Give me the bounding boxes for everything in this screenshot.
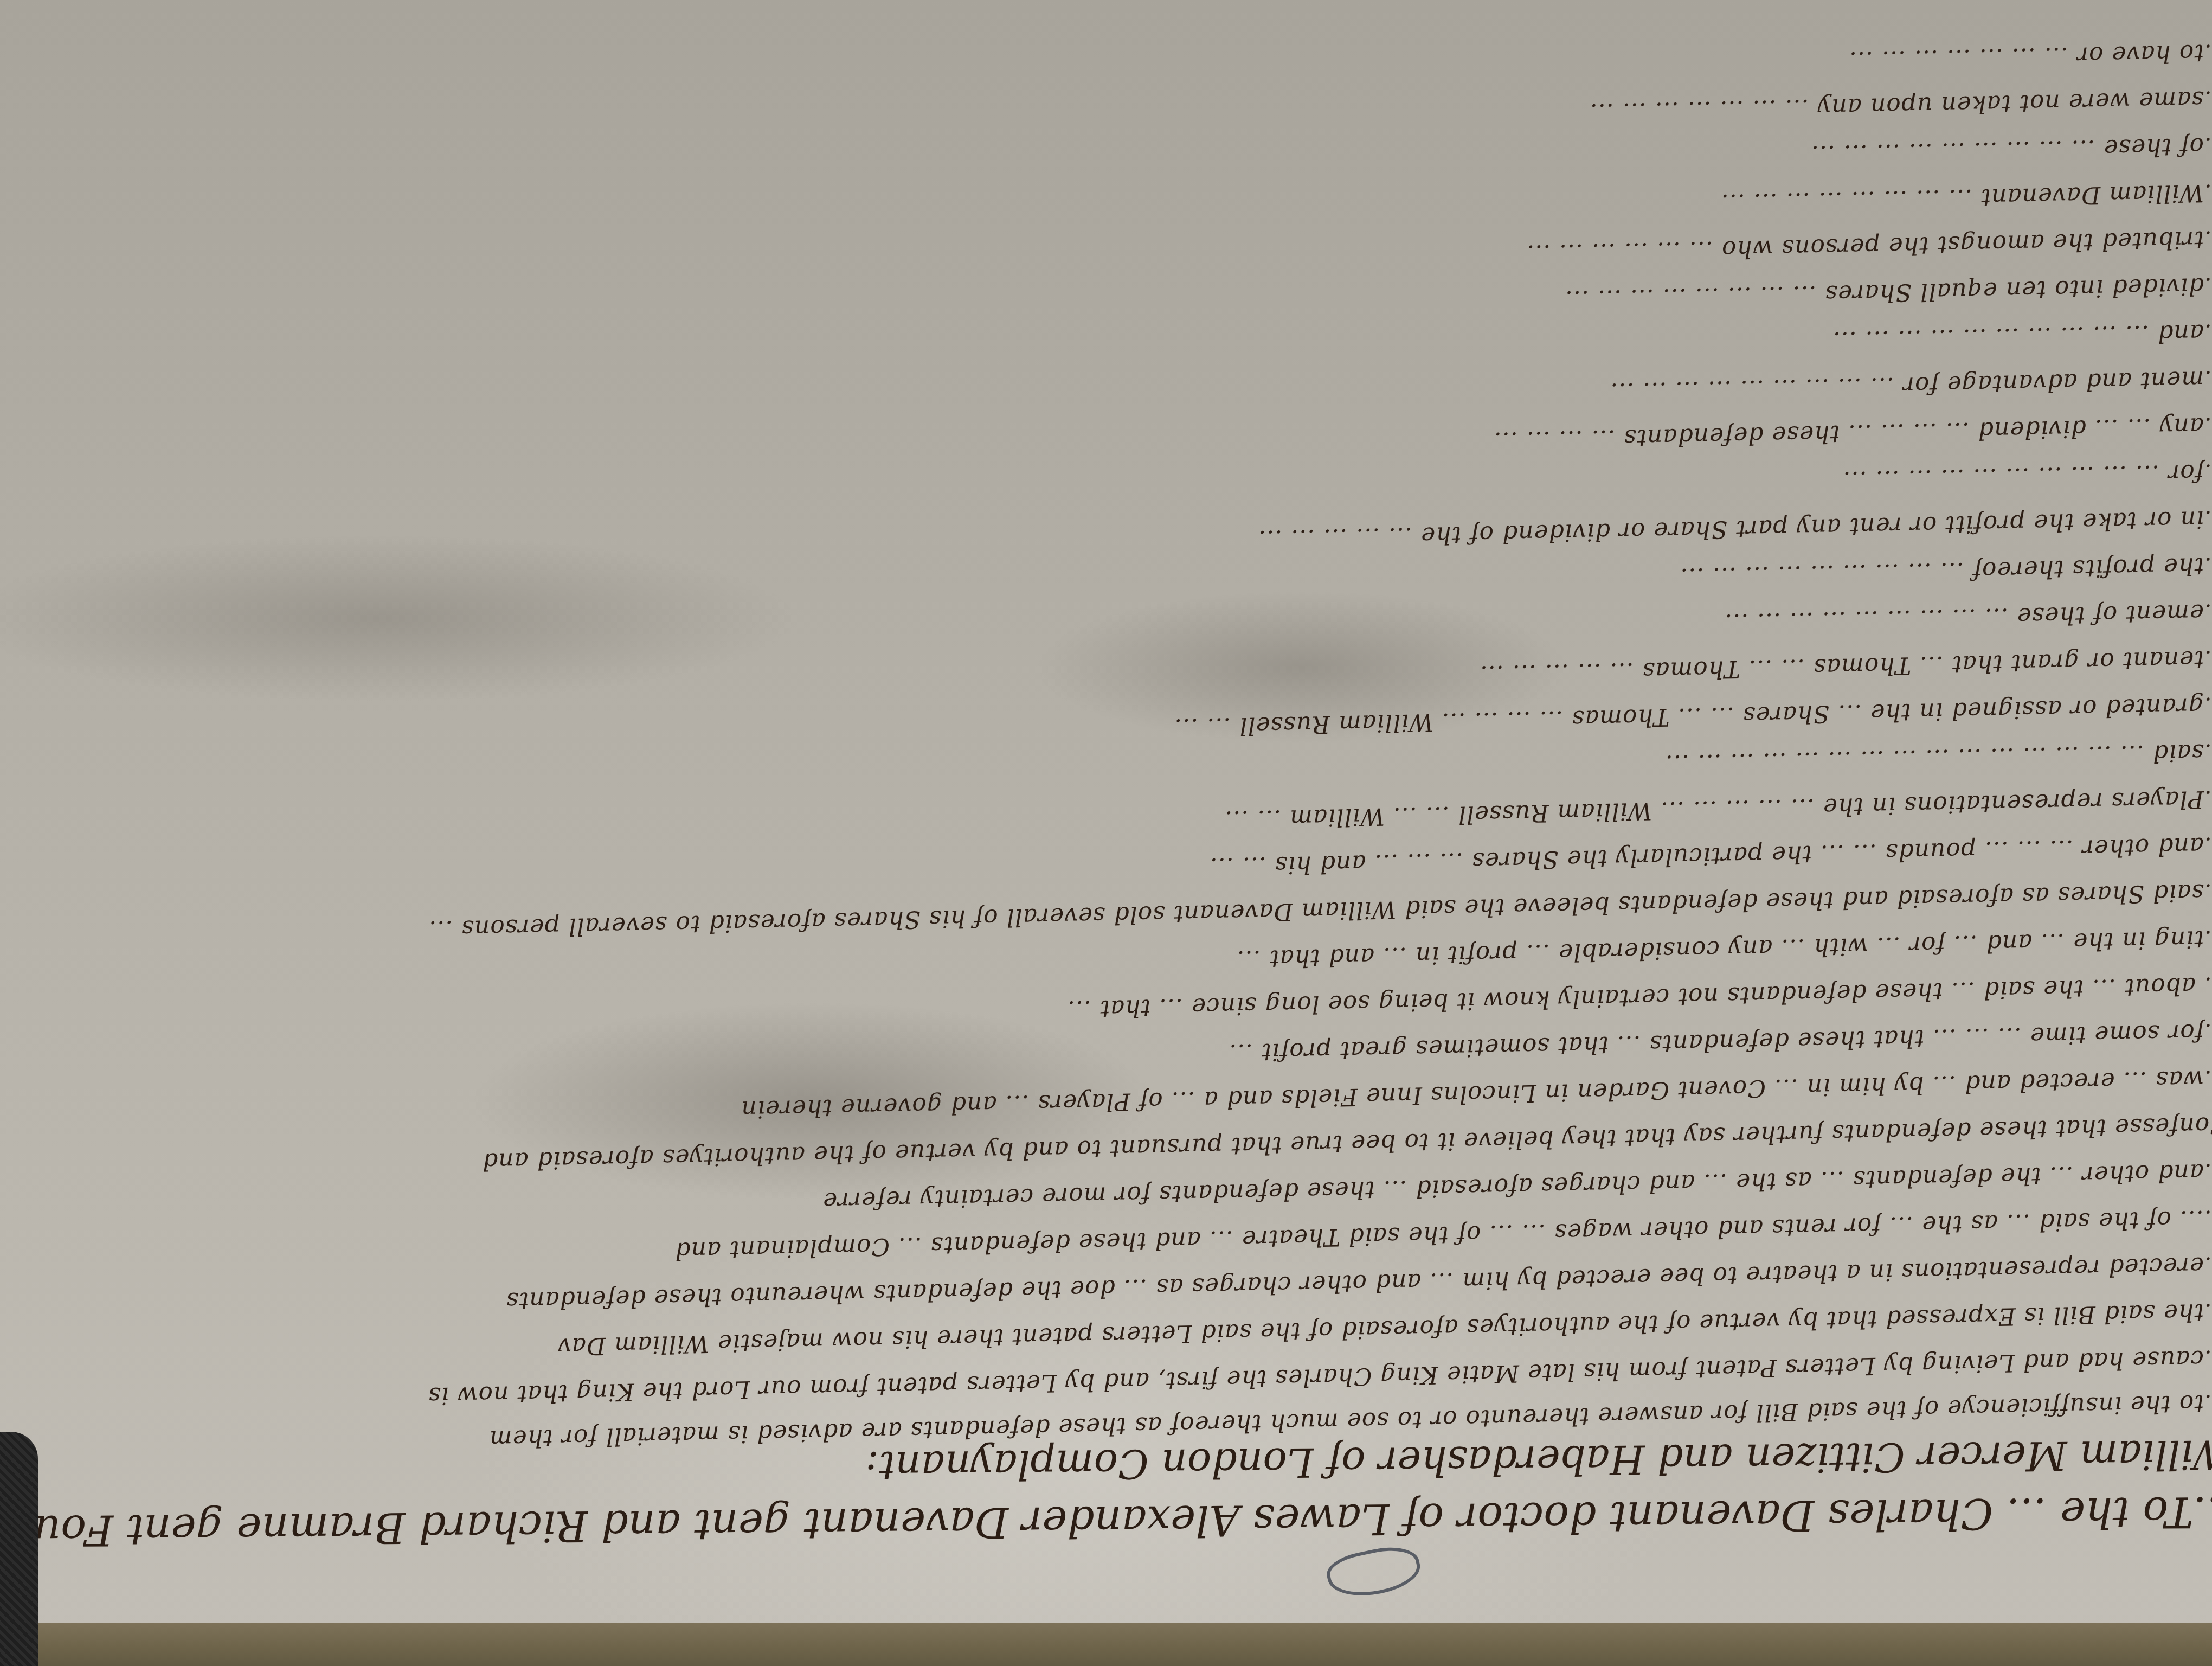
body-line: ...to have or ... ... ... ... ... ... ..… xyxy=(1849,39,2212,74)
dark-cloth-support xyxy=(0,1432,38,1666)
body-line: ...ment and advantage for ... ... ... ..… xyxy=(1610,365,2212,406)
body-line: ...for ... ... ... ... ... ... ... ... .… xyxy=(1842,458,2212,494)
body-line: ... about ... the said ... these defenda… xyxy=(1067,971,2212,1023)
document-rotated-180: ...To the ... Charles Davenant doctor of… xyxy=(0,0,2212,1627)
body-line: ...... of the said ... as the ... for re… xyxy=(674,1204,2212,1265)
body-line: ...in or take the profitt or rent any pa… xyxy=(1258,505,2212,553)
body-line: ...and other ... ... ... pounds ... ... … xyxy=(1210,831,2212,880)
table-surface-edge xyxy=(0,1623,2212,1666)
body-line: ...divided into ten equall Shares ... ..… xyxy=(1565,272,2212,313)
body-line: ...and other ... the defendants ... as t… xyxy=(822,1158,2212,1215)
body-line: ...granted or assigned in the ... Shares… xyxy=(1174,691,2212,741)
body-line: ...William Davenant ... ... ... ... ... … xyxy=(1720,178,2212,217)
body-line: ...ting in the ... and ... for ... with … xyxy=(1236,925,2212,973)
body-line: ...same were not taken upon any ... ... … xyxy=(1590,85,2212,126)
body-line: ...for some time ... ... ... that these … xyxy=(1229,1018,2212,1067)
body-line: ...tenant or grant that ... Thomas ... .… xyxy=(1480,645,2212,688)
heading-line-1: ...To the ... Charles Davenant doctor of… xyxy=(0,1486,2212,1555)
body-line: ...the profits thereof ... ... ... ... .… xyxy=(1680,552,2212,591)
body-line: ...said ... ... ... ... ... ... ... ... … xyxy=(1664,738,2212,778)
body-line: ...tributed the amongst the persons who … xyxy=(1526,225,2212,267)
body-line: ...of these ... ... ... ... ... ... ... … xyxy=(1811,132,2212,168)
body-line: ...and ... ... ... ... ... ... ... ... .… xyxy=(1832,318,2212,354)
body-line: ...was ... erected and ... by him in ...… xyxy=(741,1065,2212,1123)
body-line: ...Players representations in the ... ..… xyxy=(1224,785,2212,834)
body-line: ...any ... ... dividend ... ... ... ... … xyxy=(1494,412,2212,454)
body-line: ...ement of these ... ... ... ... ... ..… xyxy=(1724,598,2212,636)
signature-mark xyxy=(1323,1541,1424,1604)
